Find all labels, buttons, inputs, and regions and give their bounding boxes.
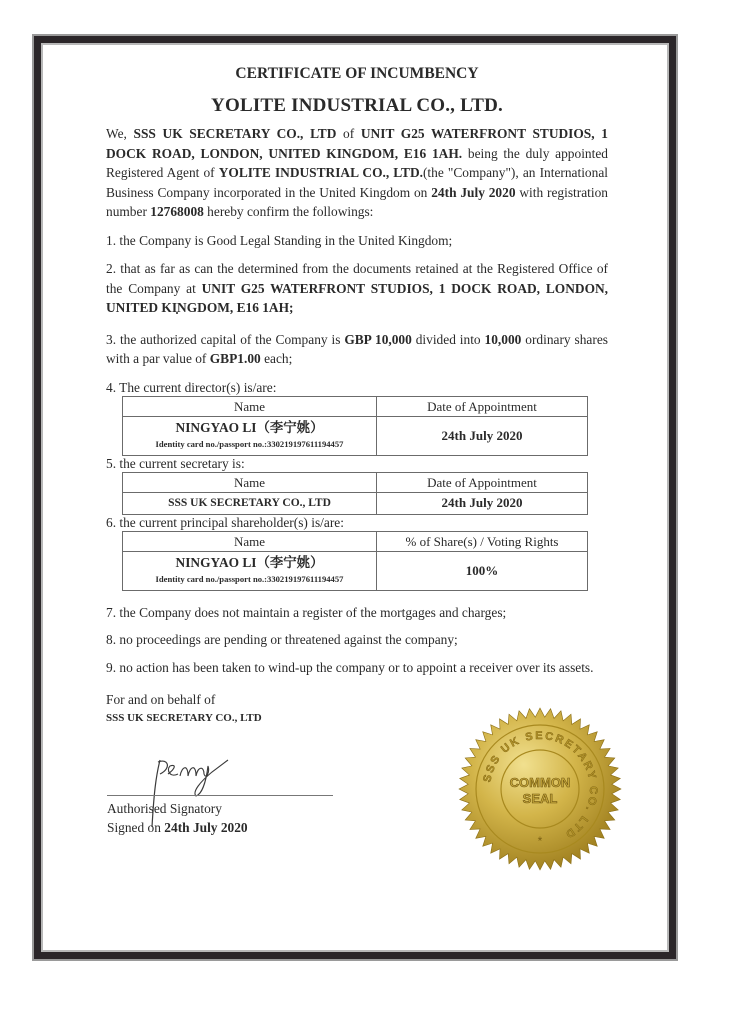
item-2: 2. that as far as can the determined fro… [106,259,608,318]
secretary-name: SSS UK SECRETARY CO., LTD [123,492,377,514]
seal-line-2: SEAL [523,791,558,806]
common-seal-icon: SSS UK SECRETARY CO. LTD COMMON SEAL * [458,707,622,871]
item-3-text: each; [261,351,293,366]
item-5-label: 5. the current secretary is: [106,457,608,471]
header-share: % of Share(s) / Voting Rights [377,531,588,551]
item-7: 7. the Company does not maintain a regis… [106,603,608,623]
certificate-body: CERTIFICATE OF INCUMBENCY YOLITE INDUSTR… [106,62,608,726]
director-cell: NINGYAO LI（李宁姚） Identity card no./passpo… [123,416,377,455]
header-date: Date of Appointment [377,396,588,416]
shareholder-name: NINGYAO LI（李宁姚） [123,553,376,572]
header-name: Name [123,472,377,492]
agent-name: SSS UK SECRETARY CO., LTD [134,126,337,141]
company-name: YOLITE INDUSTRIAL CO., LTD. [219,165,423,180]
company-heading: YOLITE INDUSTRIAL CO., LTD. [106,92,608,122]
director-id: Identity card no./passport no.:330219197… [123,437,376,453]
item-4-label: 4. The current director(s) is/are: [106,381,608,395]
signatory-label: Authorised Signatory [107,799,248,818]
header-date: Date of Appointment [377,472,588,492]
share-count: 10,000 [485,332,522,347]
table-header-row: Name % of Share(s) / Voting Rights [123,531,588,551]
table-row: NINGYAO LI（李宁姚） Identity card no./passpo… [123,551,588,590]
intro-paragraph: We, SSS UK SECRETARY CO., LTD of UNIT G2… [106,124,608,222]
signature-line [107,795,333,796]
incorporation-date: 24th July 2020 [431,185,515,200]
secretary-table: Name Date of Appointment SSS UK SECRETAR… [122,472,588,515]
shareholder-id: Identity card no./passport no.:330219197… [123,572,376,588]
item-3: 3. the authorized capital of the Company… [106,330,608,369]
shareholders-table: Name % of Share(s) / Voting Rights NINGY… [122,531,588,591]
table-row: NINGYAO LI（李宁姚） Identity card no./passpo… [123,416,588,455]
table-header-row: Name Date of Appointment [123,472,588,492]
item-6-label: 6. the current principal shareholder(s) … [106,516,608,530]
item-9: 9. no action has been taken to wind-up t… [106,658,608,678]
item-3-text: 3. the authorized capital of the Company… [106,332,344,347]
intro-text: We, [106,126,134,141]
signed-on-label: Signed on [107,820,164,835]
item-1: 1. the Company is Good Legal Standing in… [106,231,608,251]
intro-text: of [336,126,361,141]
item-3-text: divided into [412,332,485,347]
shareholder-cell: NINGYAO LI（李宁姚） Identity card no./passpo… [123,551,377,590]
certificate-title: CERTIFICATE OF INCUMBENCY [106,62,608,86]
director-appointment-date: 24th July 2020 [377,416,588,455]
header-name: Name [123,531,377,551]
table-row: SSS UK SECRETARY CO., LTD 24th July 2020 [123,492,588,514]
secretary-appointment-date: 24th July 2020 [377,492,588,514]
registration-number: 12768008 [150,204,204,219]
signatory-block: Authorised Signatory Signed on 24th July… [107,799,248,837]
intro-text: hereby confirm the followings: [204,204,374,219]
seal-line-1: COMMON [510,775,571,790]
item-8: 8. no proceedings are pending or threate… [106,630,608,650]
seal-star: * [538,834,543,848]
header-name: Name [123,396,377,416]
directors-table: Name Date of Appointment NINGYAO LI（李宁姚）… [122,396,588,456]
speck [176,312,178,314]
authorized-capital: GBP 10,000 [344,332,412,347]
signed-on: Signed on 24th July 2020 [107,818,248,837]
par-value: GBP1.00 [210,351,261,366]
signed-on-date: 24th July 2020 [164,820,247,835]
shareholder-percentage: 100% [377,551,588,590]
table-header-row: Name Date of Appointment [123,396,588,416]
director-name: NINGYAO LI（李宁姚） [123,418,376,437]
